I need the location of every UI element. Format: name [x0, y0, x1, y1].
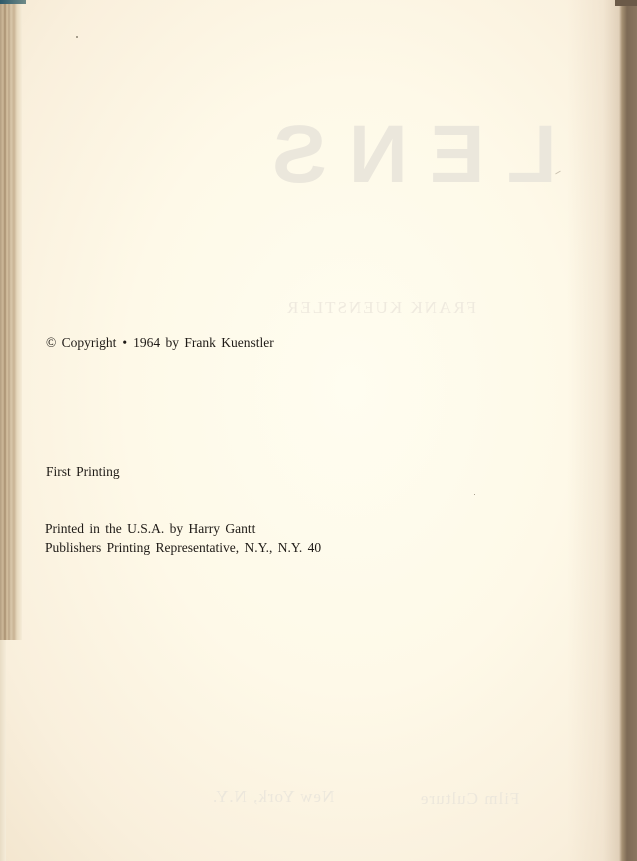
- show-through-place: New York, N.Y.: [212, 787, 334, 807]
- printer-line-2: Publishers Printing Representative, N.Y.…: [45, 540, 321, 556]
- show-through-title: LENS: [250, 108, 557, 202]
- scan-corner-shadow: [615, 0, 637, 6]
- book-page: LENS FRANK KUENSTLER New York, N.Y. Film…: [0, 0, 637, 861]
- copyright-word: Copyright: [62, 335, 117, 350]
- paper-speck: [76, 36, 78, 38]
- printer-line-1: Printed in the U.S.A. by Harry Gantt: [45, 521, 255, 537]
- copyright-notice: © Copyright•1964 by Frank Kuenstler: [46, 335, 274, 351]
- paper-speck: [474, 494, 475, 495]
- scan-corner-mark: [0, 0, 26, 4]
- page-curl-shadow: [567, 0, 637, 861]
- copyright-symbol: ©: [46, 335, 56, 350]
- show-through-author: FRANK KUENSTLER: [285, 298, 476, 318]
- bullet-separator: •: [122, 335, 127, 350]
- page-stack-edge-lower: [0, 640, 6, 861]
- printing-edition: First Printing: [46, 464, 120, 480]
- show-through-publisher: Film Culture: [420, 789, 519, 809]
- page-stack-edge: [0, 0, 22, 640]
- copyright-holder: 1964 by Frank Kuenstler: [133, 335, 274, 350]
